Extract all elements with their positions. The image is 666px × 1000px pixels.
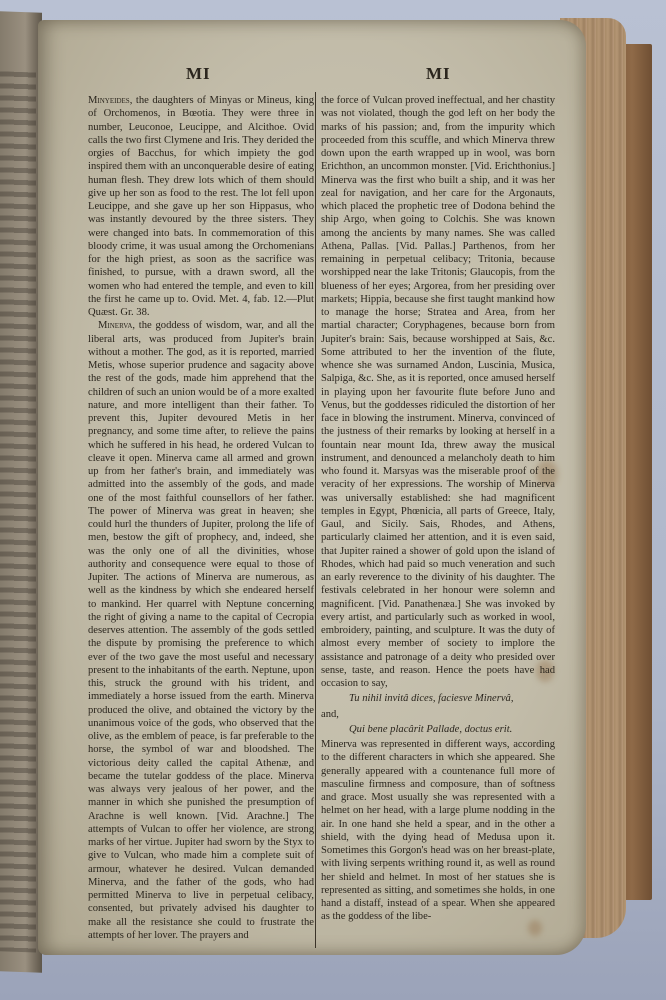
book-photo: MI MI Minyeides, the daughters of Minyas…: [0, 0, 666, 1000]
entry-minyeides: Minyeides, the daughters of Minyas or Mi…: [88, 94, 314, 319]
book-page: MI MI Minyeides, the daughters of Minyas…: [38, 20, 586, 955]
entry-headword: Minerva: [98, 320, 132, 331]
entry-headword: Minyeides: [88, 95, 130, 106]
entry-body: , the goddess of wisdom, war, and all th…: [88, 320, 314, 941]
right-column: the force of Vulcan proved ineffectual, …: [321, 94, 555, 924]
left-column: Minyeides, the daughters of Minyas or Mi…: [88, 94, 314, 942]
entry-minerva-representation: Minerva was represented in different way…: [321, 738, 555, 924]
latin-quote: Tu nihil invitâ dices, faciesve Minervâ,: [321, 692, 555, 705]
connector-text: and,: [321, 708, 555, 721]
running-head-left: MI: [186, 64, 211, 84]
column-divider: [315, 92, 316, 948]
entry-minerva: Minerva, the goddess of wisdom, war, and…: [88, 319, 314, 942]
entry-minerva-continued: the force of Vulcan proved ineffectual, …: [321, 94, 555, 690]
previous-page-text: [0, 71, 36, 952]
previous-page-sliver: [0, 11, 42, 972]
entry-body: , the daughters of Minyas or Mineus, kin…: [88, 95, 314, 318]
latin-quote: Qui bene placârit Pallade, doctus erit.: [321, 723, 555, 736]
running-head-right: MI: [426, 64, 451, 84]
